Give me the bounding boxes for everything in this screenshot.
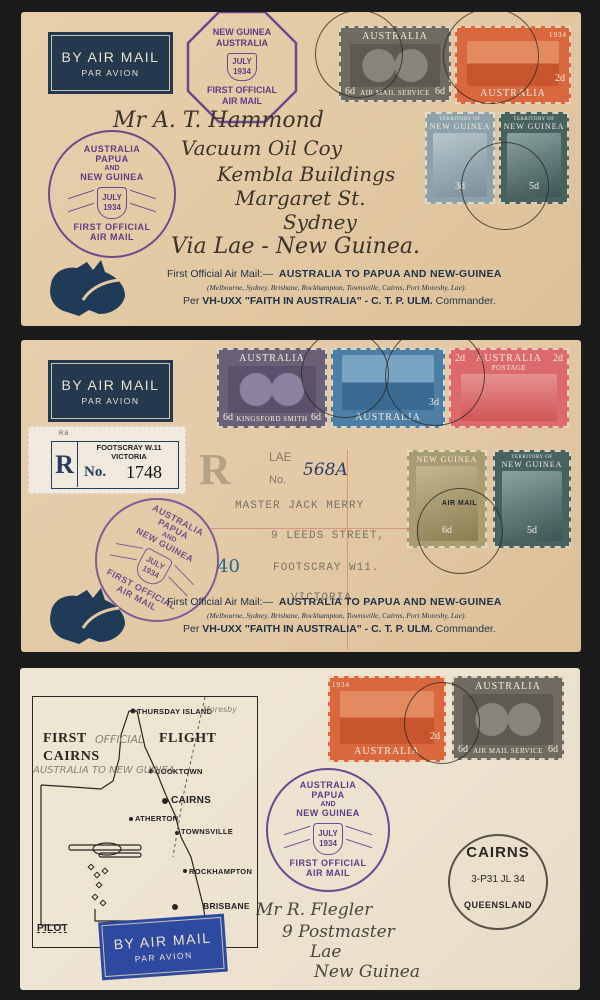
shield-wings-icon: JULY 1934: [313, 823, 343, 855]
registration-handstamp-letter: R: [199, 444, 231, 495]
pencil-overwrite: AUSTRALIA TO NEW GUINEA: [33, 765, 175, 776]
registration-handstamp-no: No.: [269, 474, 286, 486]
cover-2: BY AIR MAIL PAR AVION R.6 R FOOTSCRAY W.…: [21, 340, 581, 652]
postmark-top: CAIRNS: [448, 844, 548, 861]
postmark-date: 3-P31 JL 34: [448, 874, 548, 885]
airmail-line1: BY AIR MAIL: [62, 49, 160, 65]
address-line: MASTER JACK MERRY: [235, 500, 364, 512]
address-line: New Guinea: [314, 962, 420, 982]
postmark-lae: [461, 142, 549, 230]
address-line: Mr A. T. Hammond: [113, 108, 324, 133]
route-map: THURSDAY ISLAND Moresby COOKTOWN CAIRNS …: [32, 696, 258, 948]
postmark-new-guinea: [417, 488, 503, 574]
address-line: Vacuum Oil Coy: [181, 136, 342, 160]
cover-3: THURSDAY ISLAND Moresby COOKTOWN CAIRNS …: [20, 668, 580, 990]
postmark-sydney: [315, 12, 403, 98]
printed-cover-text: First Official Air Mail:— AUSTRALIA TO P…: [167, 268, 502, 307]
address-line: Kembla Buildings: [217, 162, 395, 186]
airmail-label: BY AIR MAIL PAR AVION: [48, 32, 173, 94]
map-title-first: FIRST: [43, 731, 87, 747]
address-line: 9 LEEDS STREET,: [271, 530, 385, 542]
registration-handstamp-office: LAE: [269, 450, 292, 464]
postmark-bottom: QUEENSLAND: [448, 900, 548, 910]
stamp-bird-of-paradise-5d: TERRITORY OF NEW GUINEA 5d: [493, 450, 571, 548]
address-line: Sydney: [283, 210, 357, 234]
address-line: 9 Postmaster: [282, 922, 395, 942]
address-line: Margaret St.: [235, 186, 366, 210]
shield-wings-icon: JULY 1934: [97, 187, 127, 219]
address-line: Mr R. Flegler: [256, 900, 372, 920]
airmail-label: BY AIR MAIL PAR AVION: [98, 914, 228, 981]
address-line: FOOTSCRAY W11.: [273, 562, 379, 574]
shield-wings-icon: JULY 1934: [227, 53, 257, 81]
pencil-note: 40: [217, 556, 240, 577]
airmail-line2: PAR AVION: [81, 68, 139, 78]
biplane-icon: [69, 843, 141, 857]
australia-map-icon: [43, 256, 133, 318]
address-line: Lae: [310, 942, 342, 962]
map-title-flight: FLIGHT: [159, 731, 216, 747]
address-line: Via Lae - New Guinea.: [171, 234, 420, 259]
round-cachet: AUSTRALIA PAPUA AND NEW GUINEA JULY 1934…: [266, 768, 390, 892]
registration-crossline: [211, 528, 411, 529]
postmark-cairns: [404, 682, 480, 764]
map-title-cairns: CAIRNS: [43, 749, 100, 765]
printed-cover-text: First Official Air Mail:— AUSTRALIA TO P…: [167, 596, 502, 635]
registration-label: R.6 R FOOTSCRAY W.11VICTORIA No. 1748: [28, 426, 186, 494]
round-cachet: AUSTRALIA PAPUA AND NEW GUINEA JULY 1934…: [48, 130, 176, 258]
australia-map-icon: [43, 584, 133, 646]
pencil-overwrite: OFFICIAL: [95, 733, 144, 746]
registration-number-handwritten: 568A: [303, 460, 348, 480]
airmail-label: BY AIR MAIL PAR AVION: [48, 360, 173, 422]
postmark-airmail-sydney: [443, 12, 539, 104]
pilot-label: PILOT: [37, 923, 68, 934]
cover-1: BY AIR MAIL PAR AVION NEW GUINEA AUSTRAL…: [21, 12, 581, 326]
